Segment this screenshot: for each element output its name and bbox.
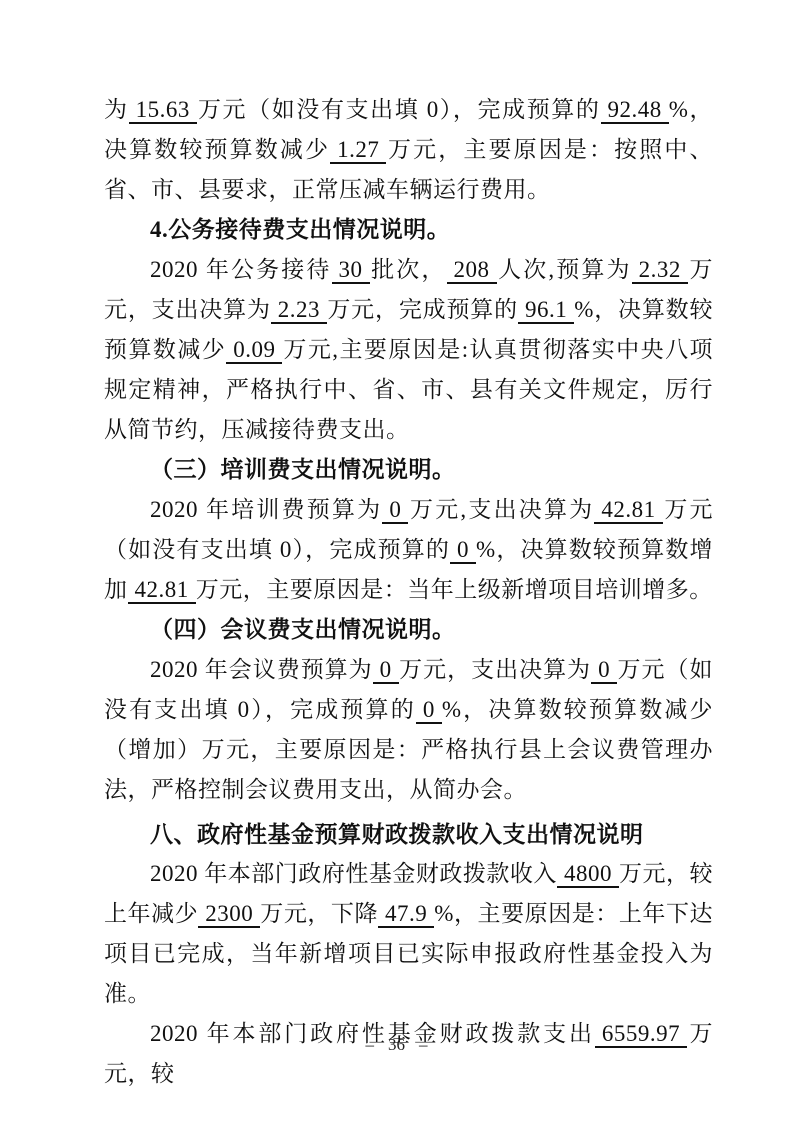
underlined-value: 30: [332, 257, 370, 284]
page-number: 36: [388, 1035, 405, 1054]
underlined-value: 0.09: [226, 337, 282, 364]
underlined-value: 1.27: [330, 137, 386, 164]
text-segment: 八、政府性基金预算财政拨款收入支出情况说明: [150, 821, 644, 847]
footer-right-dash: –: [419, 1035, 428, 1054]
text-segment: 为: [104, 97, 129, 122]
text-segment: 2020 年会议费预算为: [150, 657, 373, 682]
text-segment: 万元，下降: [260, 901, 378, 926]
paragraph-vehicle-cost-continuation: 为15.63万元（如没有支出填 0），完成预算的92.48%，决算数较预算数减少…: [104, 90, 713, 210]
text-segment: 万元（如没有支出填 0），完成预算的: [197, 97, 601, 122]
underlined-value: 4800: [557, 861, 619, 888]
text-segment: （三）培训费支出情况说明。: [150, 457, 456, 482]
underlined-value: 0: [382, 497, 408, 524]
text-segment: 批次，: [370, 257, 447, 282]
text-segment: 2020 年培训费预算为: [150, 497, 382, 522]
underlined-value: 0: [416, 697, 442, 724]
paragraph-government-fund-income: 2020 年本部门政府性基金财政拨款收入4800万元，较上年减少2300万元，下…: [104, 854, 713, 1014]
underlined-value: 2300: [198, 901, 260, 928]
text-segment: 万元，支出决算为: [399, 657, 591, 682]
text-segment: 万元,支出决算为: [408, 497, 594, 522]
underlined-value: 2.32: [632, 257, 688, 284]
underlined-value: 0: [373, 657, 399, 684]
underlined-value: 2.23: [271, 297, 327, 324]
text-segment: 人次,预算为: [497, 257, 632, 282]
heading-meeting-expense: （四）会议费支出情况说明。: [104, 610, 713, 650]
heading-official-reception-expense: 4.公务接待费支出情况说明。: [104, 210, 713, 250]
underlined-value: 47.9: [378, 901, 434, 928]
underlined-value: 15.63: [129, 97, 197, 124]
underlined-value: 42.81: [594, 497, 662, 524]
underlined-value: 0: [591, 657, 617, 684]
underlined-value: 92.48: [601, 97, 669, 124]
paragraph-meeting-expense: 2020 年会议费预算为0万元，支出决算为0万元（如没有支出填 0），完成预算的…: [104, 650, 713, 810]
underlined-value: 42.81: [128, 577, 196, 604]
heading-training-expense: （三）培训费支出情况说明。: [104, 450, 713, 490]
paragraph-training-expense: 2020 年培训费预算为0万元,支出决算为42.81万元（如没有支出填 0），完…: [104, 490, 713, 610]
document-page: 为15.63万元（如没有支出填 0），完成预算的92.48%，决算数较预算数减少…: [0, 0, 793, 1122]
underlined-value: 0: [450, 537, 476, 564]
text-segment: 万元，完成预算的: [327, 297, 518, 322]
text-segment: 2020 年公务接待: [150, 257, 332, 282]
page-footer: –36–: [0, 1030, 793, 1060]
text-segment: 4.公务接待费支出情况说明。: [150, 217, 450, 242]
underlined-value: 96.1: [518, 297, 574, 324]
paragraph-official-reception-expense: 2020 年公务接待30批次，208人次,预算为2.32万元，支出决算为2.23…: [104, 250, 713, 450]
underlined-value: 208: [447, 257, 497, 284]
text-segment: 2020 年本部门政府性基金财政拨款收入: [150, 861, 557, 886]
text-segment: 万元，主要原因是：当年上级新增项目培训增多。: [196, 577, 713, 602]
text-segment: （四）会议费支出情况说明。: [150, 617, 456, 642]
footer-left-dash: –: [366, 1035, 375, 1054]
document-body: 为15.63万元（如没有支出填 0），完成预算的92.48%，决算数较预算数减少…: [104, 90, 713, 1094]
heading-government-fund: 八、政府性基金预算财政拨款收入支出情况说明: [104, 814, 713, 854]
